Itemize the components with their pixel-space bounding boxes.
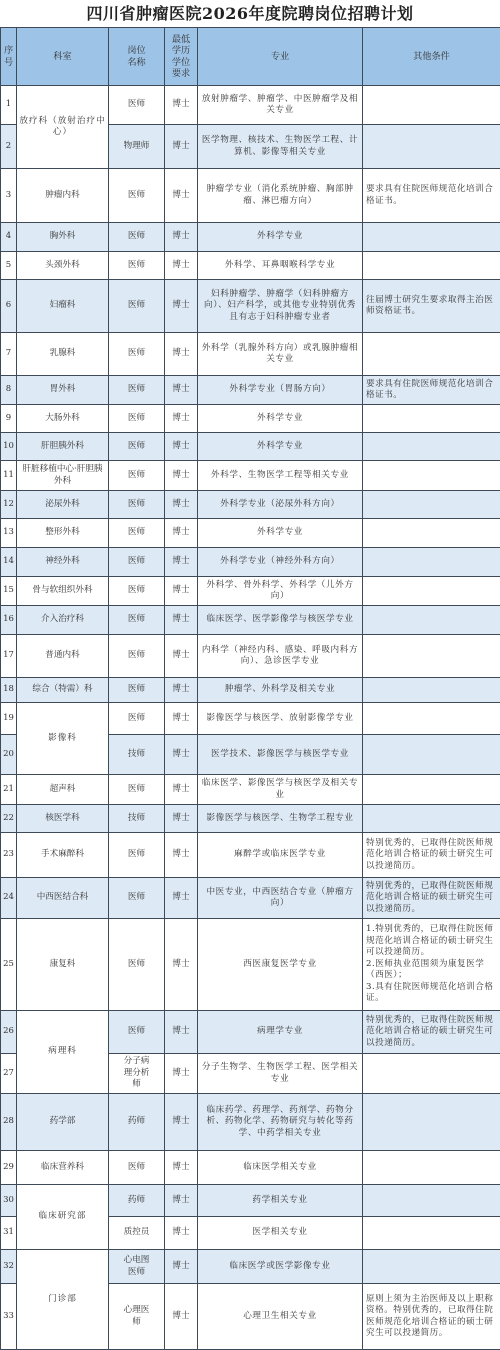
row-position: 医师 bbox=[109, 519, 165, 548]
row-dept: 肝胆胰外科 bbox=[17, 433, 109, 461]
row-major: 中医专业，中西医结合专业（肿瘤方向） bbox=[198, 878, 363, 919]
row-position: 医师 bbox=[109, 376, 165, 405]
row-seq: 20 bbox=[1, 735, 17, 775]
row-other bbox=[363, 805, 500, 833]
table-row: 13整形外科医师博士外科学专业 bbox=[1, 519, 500, 548]
table-row: 3肿瘤内科医师博士肿瘤学专业（消化系统肿瘤、胸部肿瘤、淋巴瘤方向）要求具有住院医… bbox=[1, 169, 500, 223]
row-dept: 胸外科 bbox=[17, 223, 109, 252]
row-other bbox=[363, 125, 500, 169]
row-dept: 放疗科（放射治疗中心） bbox=[17, 86, 109, 169]
row-degree: 博士 bbox=[165, 280, 198, 333]
row-seq: 15 bbox=[1, 577, 17, 606]
row-position: 心电图医师 bbox=[109, 1250, 165, 1284]
row-degree: 博士 bbox=[165, 1151, 198, 1185]
table-row: 15骨与软组织外科医师博士外科学、骨外科学、外科学（儿外方向） bbox=[1, 577, 500, 606]
table-row: 29临床营养科医师博士临床医学相关专业 bbox=[1, 1151, 500, 1185]
row-other bbox=[363, 577, 500, 606]
table-header-row: 序号 科室 岗位名称 最低学历学位要求 专业 其他条件 bbox=[1, 28, 500, 86]
table-row: 12泌尿外科医师博士外科学专业（泌尿外科方向） bbox=[1, 491, 500, 519]
row-seq: 14 bbox=[1, 548, 17, 577]
row-position: 医师 bbox=[109, 169, 165, 223]
row-dept: 门诊部 bbox=[17, 1250, 109, 1350]
row-degree: 博士 bbox=[165, 519, 198, 548]
row-other bbox=[363, 1250, 500, 1284]
row-other: 要求具有住院医师规范化培训合格证书。 bbox=[363, 376, 500, 405]
row-other bbox=[363, 333, 500, 376]
row-degree: 博士 bbox=[165, 169, 198, 223]
row-dept: 影像科 bbox=[17, 703, 109, 775]
header-seq: 序号 bbox=[1, 28, 17, 86]
row-position: 医师 bbox=[109, 606, 165, 635]
row-seq: 28 bbox=[1, 1094, 17, 1151]
row-seq: 2 bbox=[1, 125, 17, 169]
row-major: 临床医学相关专业 bbox=[198, 1151, 363, 1185]
row-other: 特别优秀的，已取得住院医师规范化培训合格证的硕士研究生可以投递简历。 bbox=[363, 1011, 500, 1054]
row-seq: 17 bbox=[1, 635, 17, 678]
row-position: 医师 bbox=[109, 252, 165, 280]
row-degree: 博士 bbox=[165, 775, 198, 805]
row-position: 医师 bbox=[109, 280, 165, 333]
row-degree: 博士 bbox=[165, 1094, 198, 1151]
table-row: 25康复科医师博士西医康复医学专业1.特别优秀的，已取得住院医师规范化培训合格证… bbox=[1, 919, 500, 1011]
row-other bbox=[363, 1151, 500, 1185]
row-seq: 22 bbox=[1, 805, 17, 833]
table-row: 10肝胆胰外科医师博士外科学专业 bbox=[1, 433, 500, 461]
row-major: 病理学专业 bbox=[198, 1011, 363, 1054]
table-row: 9大肠外科医师博士外科学专业 bbox=[1, 405, 500, 433]
row-major: 放射肿瘤学、肿瘤学、中医肿瘤学及相关专业 bbox=[198, 86, 363, 125]
row-seq: 29 bbox=[1, 1151, 17, 1185]
row-seq: 26 bbox=[1, 1011, 17, 1054]
row-dept: 整形外科 bbox=[17, 519, 109, 548]
row-dept: 综合（特需）科 bbox=[17, 678, 109, 703]
row-position: 医师 bbox=[109, 878, 165, 919]
row-position: 医师 bbox=[109, 703, 165, 735]
table-row: 32门诊部心电图医师博士临床医学或医学影像专业 bbox=[1, 1250, 500, 1284]
table-row: 24中西医结合科医师博士中医专业，中西医结合专业（肿瘤方向）特别优秀的，已取得住… bbox=[1, 878, 500, 919]
table-row: 14神经外科医师博士外科学专业（神经外科方向） bbox=[1, 548, 500, 577]
row-major: 外科学、耳鼻咽喉科学专业 bbox=[198, 252, 363, 280]
row-dept: 介入治疗科 bbox=[17, 606, 109, 635]
row-other bbox=[363, 491, 500, 519]
row-other: 1.特别优秀的，已取得住院医师规范化培训合格证的硕士研究生可以投递简历。 2.医… bbox=[363, 919, 500, 1011]
row-other bbox=[363, 1094, 500, 1151]
row-degree: 博士 bbox=[165, 703, 198, 735]
row-major: 肿瘤学专业（消化系统肿瘤、胸部肿瘤、淋巴瘤方向） bbox=[198, 169, 363, 223]
row-major: 心理卫生相关专业 bbox=[198, 1284, 363, 1350]
row-other bbox=[363, 775, 500, 805]
row-major: 西医康复医学专业 bbox=[198, 919, 363, 1011]
row-other bbox=[363, 548, 500, 577]
header-major: 专业 bbox=[198, 28, 363, 86]
row-position: 医师 bbox=[109, 333, 165, 376]
row-dept: 手术麻醉科 bbox=[17, 833, 109, 878]
table-row: 6妇瘤科医师博士妇科肿瘤学、肿瘤学（妇科肿瘤方向）、妇产科学，或其他专业特别优秀… bbox=[1, 280, 500, 333]
row-major: 影像医学与核医学、生物学工程专业 bbox=[198, 805, 363, 833]
header-dept: 科室 bbox=[17, 28, 109, 86]
row-degree: 博士 bbox=[165, 86, 198, 125]
row-seq: 7 bbox=[1, 333, 17, 376]
row-degree: 博士 bbox=[165, 1284, 198, 1350]
row-major: 药学相关专业 bbox=[198, 1185, 363, 1217]
row-dept: 泌尿外科 bbox=[17, 491, 109, 519]
row-position: 技师 bbox=[109, 805, 165, 833]
row-other bbox=[363, 252, 500, 280]
row-other bbox=[363, 606, 500, 635]
row-dept: 胃外科 bbox=[17, 376, 109, 405]
row-position: 医师 bbox=[109, 775, 165, 805]
header-other: 其他条件 bbox=[363, 28, 500, 86]
row-degree: 博士 bbox=[165, 125, 198, 169]
row-major: 肿瘤学、外科学及相关专业 bbox=[198, 678, 363, 703]
row-major: 外科学、生物医学工程等相关专业 bbox=[198, 461, 363, 491]
row-seq: 19 bbox=[1, 703, 17, 735]
row-dept: 康复科 bbox=[17, 919, 109, 1011]
row-other bbox=[363, 223, 500, 252]
table-row: 17普通内科医师博士内科学（神经内科、感染、呼吸内科方向）、急诊医学专业 bbox=[1, 635, 500, 678]
row-degree: 博士 bbox=[165, 635, 198, 678]
row-degree: 博士 bbox=[165, 1217, 198, 1250]
row-degree: 博士 bbox=[165, 833, 198, 878]
row-seq: 31 bbox=[1, 1217, 17, 1250]
row-degree: 博士 bbox=[165, 805, 198, 833]
table-row: 1放疗科（放射治疗中心）医师博士放射肿瘤学、肿瘤学、中医肿瘤学及相关专业 bbox=[1, 86, 500, 125]
row-dept: 普通内科 bbox=[17, 635, 109, 678]
row-degree: 博士 bbox=[165, 878, 198, 919]
table-row: 19影像科医师博士影像医学与核医学、放射影像学专业 bbox=[1, 703, 500, 735]
row-position: 物理师 bbox=[109, 125, 165, 169]
row-seq: 23 bbox=[1, 833, 17, 878]
row-other: 原则上须为主治医师及以上职称资格。特别优秀的，已取得住院医师规范化培训合格证的硕… bbox=[363, 1284, 500, 1350]
row-major: 临床医学、医学影像学与核医学专业 bbox=[198, 606, 363, 635]
row-major: 医学物理、核技术、生物医学工程、计算机、影像等相关专业 bbox=[198, 125, 363, 169]
row-major: 麻醉学或临床医学专业 bbox=[198, 833, 363, 878]
row-major: 外科学专业（泌尿外科方向） bbox=[198, 491, 363, 519]
row-other bbox=[363, 519, 500, 548]
row-degree: 博士 bbox=[165, 1185, 198, 1217]
row-degree: 博士 bbox=[165, 433, 198, 461]
row-seq: 16 bbox=[1, 606, 17, 635]
row-seq: 27 bbox=[1, 1054, 17, 1094]
row-seq: 8 bbox=[1, 376, 17, 405]
row-dept: 大肠外科 bbox=[17, 405, 109, 433]
row-position: 医师 bbox=[109, 491, 165, 519]
row-major: 临床药学、药理学、药剂学、药物分析、药物化学、药物研究与转化等药学、中药学相关专… bbox=[198, 1094, 363, 1151]
row-other bbox=[363, 1185, 500, 1217]
row-major: 医学相关专业 bbox=[198, 1217, 363, 1250]
row-major: 外科学专业（胃肠方向） bbox=[198, 376, 363, 405]
row-dept: 头颈外科 bbox=[17, 252, 109, 280]
row-seq: 3 bbox=[1, 169, 17, 223]
row-dept: 药学部 bbox=[17, 1094, 109, 1151]
row-position: 医师 bbox=[109, 919, 165, 1011]
row-major: 影像医学与核医学、放射影像学专业 bbox=[198, 703, 363, 735]
row-major: 临床医学、影像医学与核医学及相关专业 bbox=[198, 775, 363, 805]
table-row: 18综合（特需）科医师博士肿瘤学、外科学及相关专业 bbox=[1, 678, 500, 703]
row-degree: 博士 bbox=[165, 548, 198, 577]
row-degree: 博士 bbox=[165, 735, 198, 775]
row-seq: 4 bbox=[1, 223, 17, 252]
row-major: 外科学（乳腺外科方向）或乳腺肿瘤相关专业 bbox=[198, 333, 363, 376]
row-position: 医师 bbox=[109, 678, 165, 703]
row-major: 医学技术、影像医学与核医学专业 bbox=[198, 735, 363, 775]
row-degree: 博士 bbox=[165, 1250, 198, 1284]
table-row: 28药学部药师博士临床药学、药理学、药剂学、药物分析、药物化学、药物研究与转化等… bbox=[1, 1094, 500, 1151]
row-dept: 中西医结合科 bbox=[17, 878, 109, 919]
row-position: 药师 bbox=[109, 1185, 165, 1217]
row-seq: 30 bbox=[1, 1185, 17, 1217]
row-other bbox=[363, 635, 500, 678]
table-row: 30临床研究部药师博士药学相关专业 bbox=[1, 1185, 500, 1217]
row-major: 妇科肿瘤学、肿瘤学（妇科肿瘤方向）、妇产科学，或其他专业特别优秀且有志于妇科肿瘤… bbox=[198, 280, 363, 333]
row-dept: 妇瘤科 bbox=[17, 280, 109, 333]
row-other bbox=[363, 461, 500, 491]
row-dept: 肝脏移植中心·肝胆胰外科 bbox=[17, 461, 109, 491]
row-dept: 临床研究部 bbox=[17, 1185, 109, 1250]
row-seq: 9 bbox=[1, 405, 17, 433]
row-other: 往届博士研究生要求取得主治医师资格证书。 bbox=[363, 280, 500, 333]
row-position: 医师 bbox=[109, 635, 165, 678]
row-other: 要求具有住院医师规范化培训合格证书。 bbox=[363, 169, 500, 223]
table-row: 4胸外科医师博士外科学专业 bbox=[1, 223, 500, 252]
recruitment-table: 序号 科室 岗位名称 最低学历学位要求 专业 其他条件 1放疗科（放射治疗中心）… bbox=[0, 27, 500, 1350]
table-row: 26病理科医师博士病理学专业特别优秀的，已取得住院医师规范化培训合格证的硕士研究… bbox=[1, 1011, 500, 1054]
row-degree: 博士 bbox=[165, 606, 198, 635]
row-seq: 10 bbox=[1, 433, 17, 461]
row-seq: 18 bbox=[1, 678, 17, 703]
row-seq: 13 bbox=[1, 519, 17, 548]
row-position: 技师 bbox=[109, 735, 165, 775]
row-dept: 骨与软组织外科 bbox=[17, 577, 109, 606]
table-row: 21超声科医师博士临床医学、影像医学与核医学及相关专业 bbox=[1, 775, 500, 805]
row-degree: 博士 bbox=[165, 1011, 198, 1054]
row-position: 医师 bbox=[109, 433, 165, 461]
row-dept: 临床营养科 bbox=[17, 1151, 109, 1185]
row-major: 临床医学或医学影像专业 bbox=[198, 1250, 363, 1284]
row-seq: 6 bbox=[1, 280, 17, 333]
row-seq: 33 bbox=[1, 1284, 17, 1350]
row-position: 心理医师 bbox=[109, 1284, 165, 1350]
row-degree: 博士 bbox=[165, 491, 198, 519]
page-title: 四川省肿瘤医院2026年度院聘岗位招聘计划 bbox=[0, 0, 500, 27]
row-dept: 神经外科 bbox=[17, 548, 109, 577]
row-degree: 博士 bbox=[165, 376, 198, 405]
row-degree: 博士 bbox=[165, 678, 198, 703]
row-dept: 肿瘤内科 bbox=[17, 169, 109, 223]
row-major: 内科学（神经内科、感染、呼吸内科方向）、急诊医学专业 bbox=[198, 635, 363, 678]
row-degree: 博士 bbox=[165, 252, 198, 280]
row-seq: 5 bbox=[1, 252, 17, 280]
row-seq: 21 bbox=[1, 775, 17, 805]
row-degree: 博士 bbox=[165, 1054, 198, 1094]
row-other bbox=[363, 1054, 500, 1094]
row-seq: 24 bbox=[1, 878, 17, 919]
row-position: 医师 bbox=[109, 1151, 165, 1185]
row-other bbox=[363, 703, 500, 735]
row-position: 医师 bbox=[109, 223, 165, 252]
row-position: 医师 bbox=[109, 833, 165, 878]
row-dept: 乳腺科 bbox=[17, 333, 109, 376]
row-major: 外科学专业 bbox=[198, 519, 363, 548]
row-position: 医师 bbox=[109, 1011, 165, 1054]
row-other: 特别优秀的，已取得住院医师规范化培训合格证的硕士研究生可以投递简历。 bbox=[363, 878, 500, 919]
row-dept: 病理科 bbox=[17, 1011, 109, 1094]
row-dept: 核医学科 bbox=[17, 805, 109, 833]
row-other bbox=[363, 1217, 500, 1250]
table-row: 16介入治疗科医师博士临床医学、医学影像学与核医学专业 bbox=[1, 606, 500, 635]
row-degree: 博士 bbox=[165, 919, 198, 1011]
row-degree: 博士 bbox=[165, 405, 198, 433]
row-position: 分子病理分析师 bbox=[109, 1054, 165, 1094]
row-other bbox=[363, 678, 500, 703]
row-degree: 博士 bbox=[165, 577, 198, 606]
row-seq: 12 bbox=[1, 491, 17, 519]
table-row: 5头颈外科医师博士外科学、耳鼻咽喉科学专业 bbox=[1, 252, 500, 280]
row-degree: 博士 bbox=[165, 223, 198, 252]
table-row: 22核医学科技师博士影像医学与核医学、生物学工程专业 bbox=[1, 805, 500, 833]
row-major: 分子生物学、生物医学工程、医学相关专业 bbox=[198, 1054, 363, 1094]
row-position: 质控员 bbox=[109, 1217, 165, 1250]
row-other bbox=[363, 405, 500, 433]
row-seq: 1 bbox=[1, 86, 17, 125]
row-seq: 11 bbox=[1, 461, 17, 491]
row-major: 外科学专业（神经外科方向） bbox=[198, 548, 363, 577]
row-position: 医师 bbox=[109, 405, 165, 433]
row-position: 医师 bbox=[109, 548, 165, 577]
row-other: 特别优秀的，已取得住院医师规范化培训合格证的硕士研究生可以投递简历。 bbox=[363, 833, 500, 878]
row-degree: 博士 bbox=[165, 461, 198, 491]
row-other bbox=[363, 86, 500, 125]
row-major: 外科学专业 bbox=[198, 433, 363, 461]
header-position: 岗位名称 bbox=[109, 28, 165, 86]
table-row: 8胃外科医师博士外科学专业（胃肠方向）要求具有住院医师规范化培训合格证书。 bbox=[1, 376, 500, 405]
row-seq: 25 bbox=[1, 919, 17, 1011]
row-dept: 超声科 bbox=[17, 775, 109, 805]
row-seq: 32 bbox=[1, 1250, 17, 1284]
table-row: 7乳腺科医师博士外科学（乳腺外科方向）或乳腺肿瘤相关专业 bbox=[1, 333, 500, 376]
row-major: 外科学、骨外科学、外科学（儿外方向） bbox=[198, 577, 363, 606]
row-major: 外科学专业 bbox=[198, 405, 363, 433]
row-degree: 博士 bbox=[165, 333, 198, 376]
row-position: 医师 bbox=[109, 577, 165, 606]
row-position: 医师 bbox=[109, 86, 165, 125]
header-degree: 最低学历学位要求 bbox=[165, 28, 198, 86]
row-other bbox=[363, 433, 500, 461]
table-row: 11肝脏移植中心·肝胆胰外科医师博士外科学、生物医学工程等相关专业 bbox=[1, 461, 500, 491]
row-position: 医师 bbox=[109, 461, 165, 491]
row-position: 药师 bbox=[109, 1094, 165, 1151]
row-other bbox=[363, 735, 500, 775]
table-row: 23手术麻醉科医师博士麻醉学或临床医学专业特别优秀的，已取得住院医师规范化培训合… bbox=[1, 833, 500, 878]
row-major: 外科学专业 bbox=[198, 223, 363, 252]
